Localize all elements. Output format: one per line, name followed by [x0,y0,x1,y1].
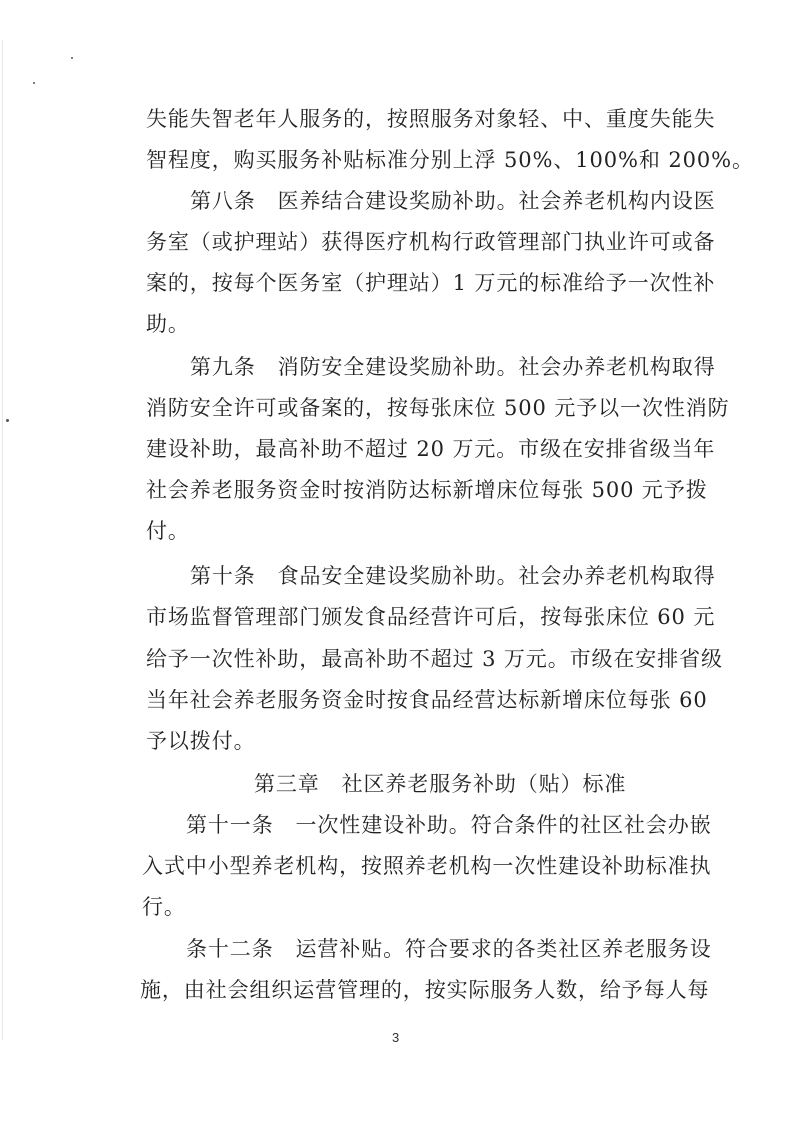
text-line: 建设补助，最高补助不超过 20 万元。市级在安排省级当年 [146,434,715,464]
text-line: 给予一次性补助，最高补助不超过 3 万元。市级在安排省级 [146,644,723,674]
text-line: 入式中小型养老机构，按照养老机构一次性建设补助标准执 [142,851,711,881]
scan-speck [33,82,35,84]
text-line: 予以拨付。 [146,726,256,756]
text-line: 助。 [146,309,190,339]
text-line: 行。 [142,892,186,922]
article-9-heading-line: 第九条 消防安全建设奖励补助。社会办养老机构取得 [190,352,716,382]
article-8-heading-line: 第八条 医养结合建设奖励补助。社会养老机构内设医 [190,186,716,216]
scan-speck [71,57,73,59]
scan-edge-line [2,40,3,1040]
text-line: 案的，按每个医务室（护理站）1 万元的标准给予一次性补 [146,268,715,298]
text-line: 付。 [146,516,190,546]
text-line: 施，由社会组织运营管理的，按实际服务人数，给予每人每 [140,975,709,1005]
chapter-3-heading: 第三章 社区养老服务补助（贴）标准 [254,769,626,799]
text-line: 智程度，购买服务补贴标准分别上浮 50%、100%和 200%。 [146,145,754,175]
text-line: 失能失智老年人服务的，按照服务对象轻、中、重度失能失 [146,104,715,134]
text-line: 务室（或护理站）获得医疗机构行政管理部门执业许可或备 [146,227,715,257]
page-number: 3 [392,1030,399,1045]
article-11-heading-line: 第十一条 一次性建设补助。符合条件的社区社会办嵌 [186,810,712,840]
text-line: 市场监督管理部门颁发食品经营许可后，按每张床位 60 元 [146,602,715,632]
text-line: 社会养老服务资金时按消防达标新增床位每张 500 元予拨 [146,475,708,505]
article-12-heading-line: 条十二条 运营补贴。符合要求的各类社区养老服务设 [186,934,712,964]
text-line: 消防安全许可或备案的，按每张床位 500 元予以一次性消防 [146,393,730,423]
scan-speck [6,419,9,422]
article-10-heading-line: 第十条 食品安全建设奖励补助。社会办养老机构取得 [190,561,716,591]
text-line: 当年社会养老服务资金时按食品经营达标新增床位每张 60 [146,685,708,715]
